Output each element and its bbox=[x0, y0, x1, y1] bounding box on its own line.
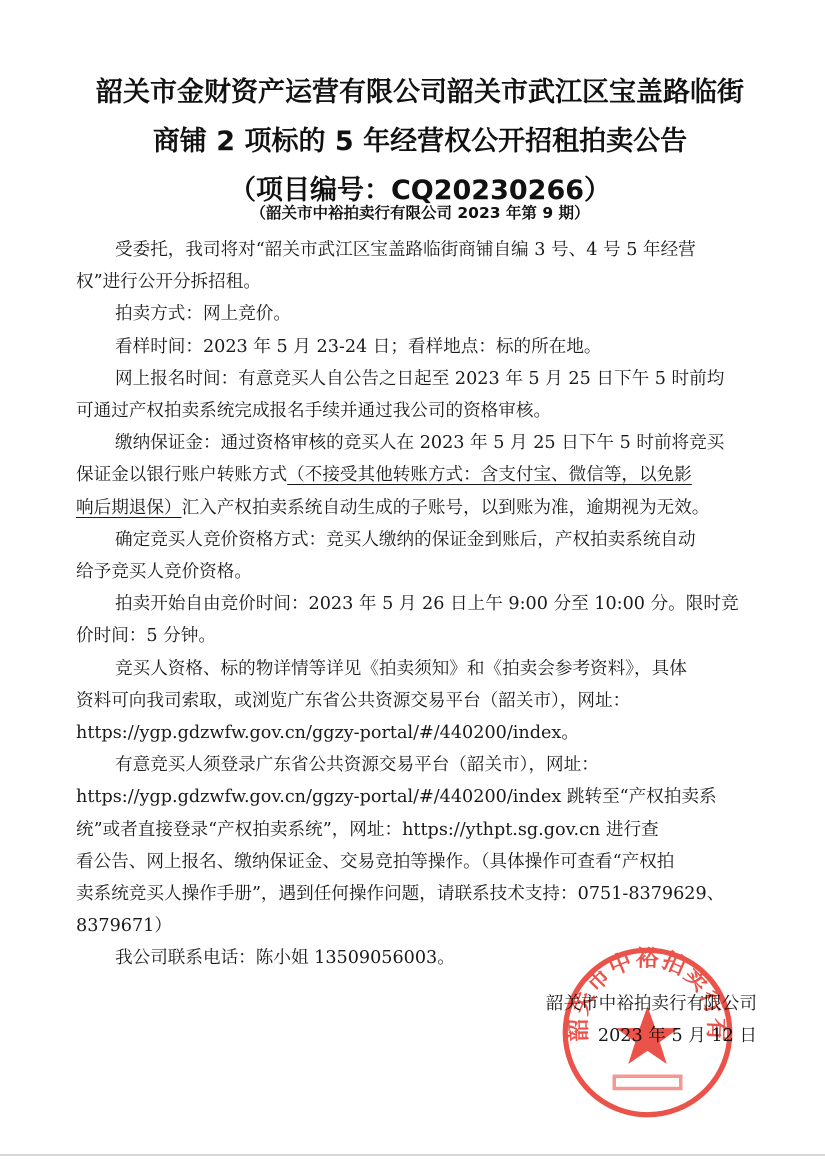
text-line: 统”或者直接登录“产权拍卖系统”，网址：https://ythpt.sg.gov… bbox=[76, 814, 766, 846]
text-span: 汇入产权拍卖系统自动生成的子账号，以到账为准，逾期视为无效。 bbox=[182, 498, 710, 518]
text-line: 8379671） bbox=[76, 910, 766, 942]
paragraph-login: 有意竞买人须登录广东省公共资源交易平台（韶关市），网址： https://ygp… bbox=[76, 749, 766, 942]
text-line: 有意竞买人须登录广东省公共资源交易平台（韶关市），网址： bbox=[76, 749, 766, 781]
text-line: 权”进行公开分拆招租。 bbox=[76, 266, 766, 298]
text-line: 网上报名时间：有意竞买人自公告之日起至 2023 年 5 月 25 日下午 5 … bbox=[76, 363, 766, 395]
paragraph-details: 竞买人资格、标的物详情等详见《拍卖须知》和《拍卖会参考资料》，具体 资料可向我司… bbox=[76, 653, 766, 750]
paragraph-bidding-time: 拍卖开始自由竞价时间：2023 年 5 月 26 日上午 9:00 分至 10:… bbox=[76, 588, 766, 652]
text-line: 看公告、网上报名、缴纳保证金、交易竞拍等操作。（具体操作可查看“产权拍 bbox=[76, 846, 766, 878]
page-bottom-edge bbox=[0, 1154, 825, 1156]
star-icon bbox=[616, 1006, 679, 1064]
paragraph-qualification: 确定竞买人竞价资格方式：竞买人缴纳的保证金到账后，产权拍卖系统自动 给予竞买人竞… bbox=[76, 524, 766, 588]
text-line: 价时间：5 分钟。 bbox=[76, 620, 766, 652]
portal-url-link[interactable]: https://ygp.gdzwfw.gov.cn/ggzy-portal/#/… bbox=[76, 717, 766, 749]
text-line: 卖系统竞买人操作手册”，遇到任何操作问题，请联系技术支持：0751-837962… bbox=[76, 878, 766, 910]
text-line: 资料可向我司索取，或浏览广东省公共资源交易平台（韶关市），网址： bbox=[76, 685, 766, 717]
text-line: 确定竞买人竞价资格方式：竞买人缴纳的保证金到账后，产权拍卖系统自动 bbox=[76, 524, 766, 556]
text-line: 拍卖开始自由竞价时间：2023 年 5 月 26 日上午 9:00 分至 10:… bbox=[76, 588, 766, 620]
text-line: 可通过产权拍卖系统完成报名手续并通过我公司的资格审核。 bbox=[76, 395, 766, 427]
text-line: 看样时间：2023 年 5 月 23-24 日；看样地点：标的所在地。 bbox=[76, 331, 766, 363]
text-line: 缴纳保证金：通过资格审核的竞买人在 2023 年 5 月 25 日下午 5 时前… bbox=[76, 427, 766, 459]
paragraph-commission: 受委托，我司将对“韶关市武江区宝盖路临街商铺自编 3 号、4 号 5 年经营 权… bbox=[76, 234, 766, 298]
text-line: 受委托，我司将对“韶关市武江区宝盖路临街商铺自编 3 号、4 号 5 年经营 bbox=[76, 234, 766, 266]
document-subtitle: （韶关市中裕拍卖行有限公司 2023 年第 9 期） bbox=[60, 198, 780, 228]
text-line: https://ygp.gdzwfw.gov.cn/ggzy-portal/#/… bbox=[76, 781, 766, 813]
company-seal-stamp: 韶关市中裕拍卖行有限公司 bbox=[560, 945, 735, 1120]
text-line: 拍卖方式：网上竞价。 bbox=[76, 298, 766, 330]
document-body: 受委托，我司将对“韶关市武江区宝盖路临街商铺自编 3 号、4 号 5 年经营 权… bbox=[76, 234, 766, 975]
title-line-2: 商铺 2 项标的 5 年经营权公开招租拍卖公告 bbox=[60, 117, 780, 166]
document-title: 韶关市金财资产运营有限公司韶关市武江区宝盖路临街 商铺 2 项标的 5 年经营权… bbox=[60, 68, 780, 215]
text-line: 保证金以银行账户转账方式（不接受其他转账方式：含支付宝、微信等，以免影 bbox=[76, 459, 766, 491]
text-line: 响后期退保）汇入产权拍卖系统自动生成的子账号，以到账为准，逾期视为无效。 bbox=[76, 492, 766, 524]
paragraph-auction-method: 拍卖方式：网上竞价。 bbox=[76, 298, 766, 330]
underlined-note: 响后期退保） bbox=[76, 498, 182, 518]
underlined-note: （不接受其他转账方式：含支付宝、微信等，以免影 bbox=[287, 465, 692, 485]
paragraph-registration: 网上报名时间：有意竞买人自公告之日起至 2023 年 5 月 25 日下午 5 … bbox=[76, 363, 766, 427]
text-line: 竞买人资格、标的物详情等详见《拍卖须知》和《拍卖会参考资料》，具体 bbox=[76, 653, 766, 685]
paragraph-deposit: 缴纳保证金：通过资格审核的竞买人在 2023 年 5 月 25 日下午 5 时前… bbox=[76, 427, 766, 524]
paragraph-viewing: 看样时间：2023 年 5 月 23-24 日；看样地点：标的所在地。 bbox=[76, 331, 766, 363]
document-page: 韶关市金财资产运营有限公司韶关市武江区宝盖路临街 商铺 2 项标的 5 年经营权… bbox=[0, 0, 825, 1166]
title-line-1: 韶关市金财资产运营有限公司韶关市武江区宝盖路临街 bbox=[60, 68, 780, 117]
text-span: 保证金以银行账户转账方式 bbox=[76, 465, 287, 485]
text-line: 给予竞买人竞价资格。 bbox=[76, 556, 766, 588]
